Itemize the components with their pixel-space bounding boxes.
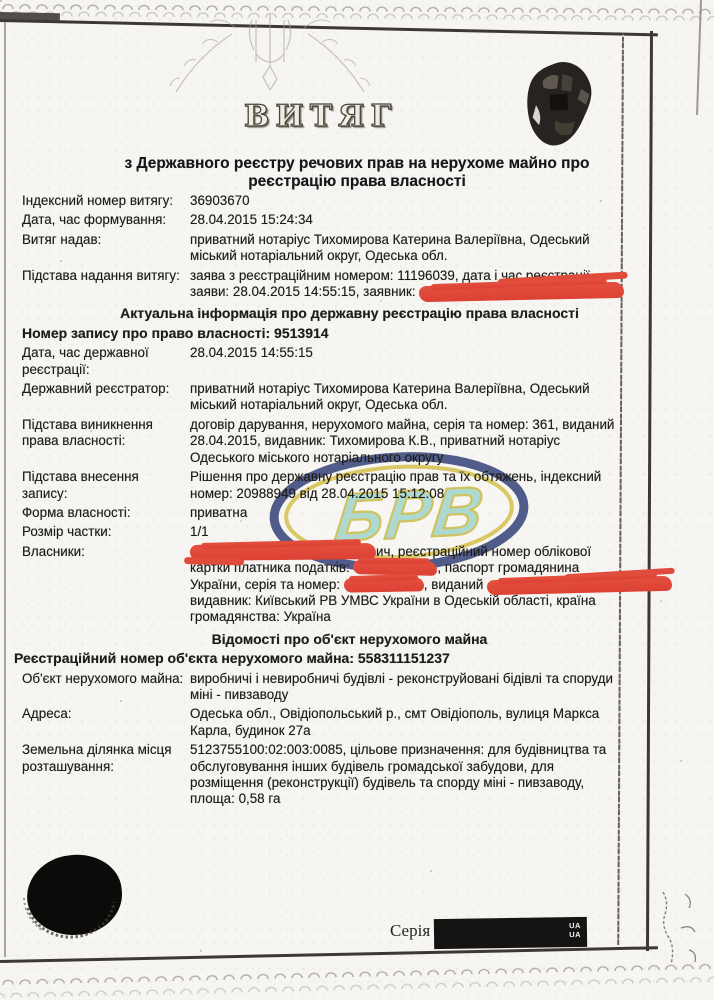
scan-noise (0, 0, 2, 2)
field-value: 28.04.2015 15:24:34 (190, 212, 622, 228)
field-value: Одеська обл., Овідіопольський р., смт Ов… (190, 706, 622, 739)
field-row-index-number: Індексний номер витягу: 36903670 (22, 193, 622, 209)
field-value: приватний нотаріус Тихомирова Катерина В… (190, 232, 622, 265)
margin-squiggle-marks (655, 888, 710, 968)
section-header-ownership: Актуальна інформація про державну реєстр… (77, 305, 622, 321)
field-row-owners: Власники: ич, реєстраційний номер обліко… (22, 544, 622, 626)
field-row-record-basis: Підстава внесення запису: Рішення про де… (22, 469, 622, 502)
field-value: договір дарування, нерухомого майна, сер… (190, 417, 622, 466)
field-value: заява з реєстраційним номером: 11196039,… (190, 268, 622, 301)
photo-stamp-icon (522, 58, 601, 152)
redaction-marker-issue-date (487, 575, 672, 595)
object-number-line: Реєстраційний номер об'єкта нерухомого м… (14, 650, 622, 666)
field-label: Земельна ділянка місця розташування: (22, 742, 190, 808)
field-value: 28.04.2015 14:55:15 (190, 345, 622, 378)
field-label: Державний реєстратор: (22, 381, 190, 414)
field-row-formed-datetime: Дата, час формування: 28.04.2015 15:24:3… (22, 212, 622, 228)
fields-area: Індексний номер витягу: 36903670 Дата, ч… (22, 193, 622, 811)
series-label: Серія (390, 921, 430, 941)
field-row-registrar: Державний реєстратор: приватний нотаріус… (22, 381, 622, 414)
series-redaction-box: UA UA (434, 917, 587, 949)
section-header-object: Відомості про об'єкт нерухомого майна (77, 631, 622, 647)
record-number-line: Номер запису про право власності: 951391… (22, 325, 622, 341)
field-label: Форма власності: (22, 505, 190, 521)
field-row-share-size: Розмір частки: 1/1 (22, 524, 622, 540)
field-row-registration-datetime: Дата, час державної реєстрації: 28.04.20… (22, 345, 622, 378)
redaction-marker-passport-number (344, 577, 424, 592)
field-label: Адреса: (22, 706, 190, 739)
field-label: Підстава внесення запису: (22, 469, 190, 502)
border-bottom-line (0, 946, 658, 962)
field-label: Розмір частки: (22, 524, 190, 540)
field-row-property-object: Об'єкт нерухомого майна: виробничі і нев… (22, 671, 622, 704)
trident-emblem-sketch (140, 8, 400, 103)
field-value: 1/1 (190, 524, 622, 540)
field-value: 36903670 (190, 193, 622, 209)
series-country-codes: UA UA (569, 921, 581, 939)
field-value: виробничі і невиробничі будівлі - реконс… (190, 671, 622, 704)
field-label: Підстава виникнення права власності: (22, 417, 190, 466)
field-value: 5123755100:02:003:0085, цільове призначе… (190, 742, 622, 808)
field-value: приватна (190, 505, 622, 521)
redaction-marker-owner-name (190, 543, 376, 561)
border-left-line (4, 22, 6, 957)
field-row-issued-by: Витяг надав: приватний нотаріус Тихомиро… (22, 232, 622, 265)
field-label: Об'єкт нерухомого майна: (22, 671, 190, 704)
field-label: Витяг надав: (22, 232, 190, 265)
redaction-marker-applicant (419, 282, 624, 302)
field-label: Дата, час формування: (22, 212, 190, 228)
series-code: UA (569, 930, 581, 939)
field-label: Індексний номер витягу: (22, 193, 190, 209)
scanned-extract-document: ВИТЯГ з Державного реєстру речових прав … (0, 0, 714, 1000)
field-label: Підстава надання витягу: (22, 268, 190, 301)
stamp-text-ring (14, 846, 124, 946)
document-subtitle: з Державного реєстру речових прав на нер… (96, 155, 618, 190)
field-value: ич, реєстраційний номер облікової картки… (190, 544, 622, 626)
field-row-extract-basis: Підстава надання витягу: заява з реєстра… (22, 268, 622, 301)
field-value: Рішення про державну реєстрацію прав та … (190, 469, 622, 502)
field-value-text: видавник: Київський РВ УМВС України в Од… (190, 593, 596, 624)
field-value-text: , виданий (424, 577, 487, 592)
field-label: Дата, час державної реєстрації: (22, 345, 190, 378)
field-row-ownership-form: Форма власності: приватна (22, 505, 622, 521)
series-code: UA (569, 921, 581, 930)
document-title: ВИТЯГ (244, 99, 444, 134)
field-label: Власники: (22, 544, 190, 626)
field-row-address: Адреса: Одеська обл., Овідіопольський р.… (22, 706, 622, 739)
field-row-ownership-basis: Підстава виникнення права власності: дог… (22, 417, 622, 466)
field-row-land-parcel: Земельна ділянка місця розташування: 512… (22, 742, 622, 808)
field-value: приватний нотаріус Тихомирова Катерина В… (190, 381, 622, 414)
border-right-inner-line (646, 31, 653, 951)
